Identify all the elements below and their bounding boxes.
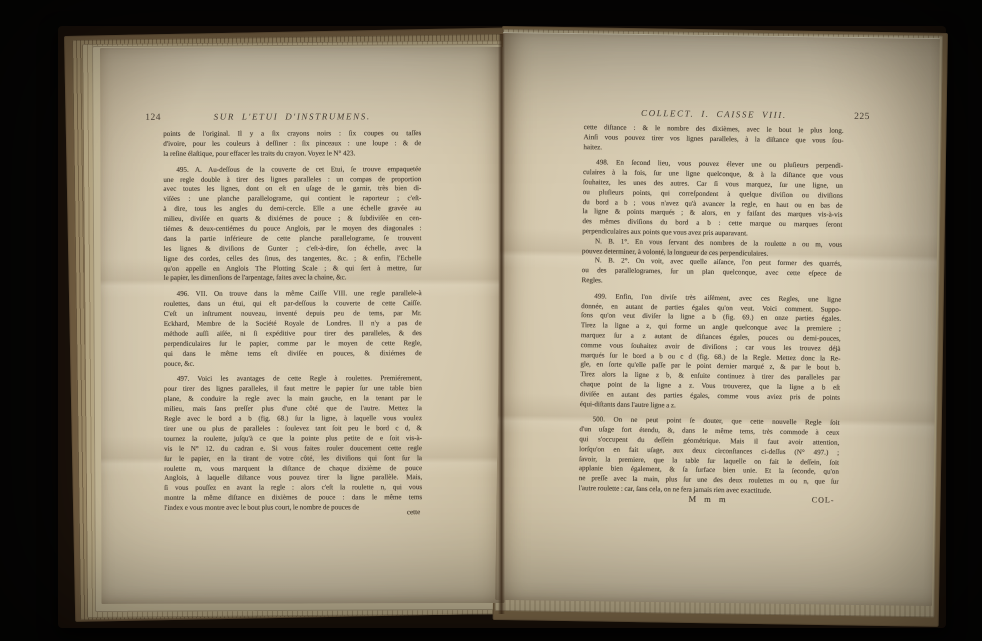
paragraph: 495. A. Au-deſſous de la couverte de cet… — [163, 165, 421, 284]
paragraph: points de l'original. Il y a ſix crayons… — [163, 129, 421, 159]
text-line: les lignes & diviſions de Gunter ; c'eſt… — [164, 244, 422, 255]
running-title-right: COLLECT. I. CAISSE VIII. — [641, 108, 787, 120]
text-line: points de l'original. Il y a ſix crayons… — [163, 129, 421, 140]
text-line: tiémes & deux-centiémes du pouce Anglois… — [163, 224, 421, 235]
text-line: Eckhard, Membre de la Société Royale de … — [164, 319, 422, 330]
paragraph: 496. VII. On trouve dans la même Caiſſe … — [164, 290, 422, 370]
paragraph: 497. Voici les avantages de cette Regle … — [164, 375, 422, 514]
text-line: une regle double à tirer des lignes para… — [163, 175, 421, 186]
text-line: la reſine élaſtique, pour effacer les tr… — [163, 149, 421, 160]
book-photo: 124 SUR L'ETUI D'INSTRUMENS. points de l… — [0, 0, 982, 641]
signature-mark: M m m — [688, 494, 728, 505]
book-gutter — [498, 34, 505, 614]
paragraph: cette diſtance : & le nombre des dixième… — [583, 123, 843, 156]
paragraph: 500. On ne peut point ſe douter, que cet… — [579, 415, 840, 497]
text-line: 495. A. Au-deſſous de la couverte de cet… — [163, 165, 421, 176]
paragraph: 499. Enfin, l'on diviſe très aiſément, a… — [580, 292, 842, 413]
text-line: ſur le papier, en la tirant de votre côt… — [164, 454, 422, 465]
text-line: à dire, tous les angles du demi-cercle. … — [163, 204, 421, 215]
catchword-left: cette — [164, 508, 420, 517]
text-line: tournez la roulette, juſqu'à ce que la p… — [164, 434, 422, 445]
text-line: vis le N° 12. du cadran e. Si vous faite… — [164, 444, 422, 455]
text-line: 496. VII. On trouve dans la même Caiſſe … — [164, 290, 422, 301]
text-line: le papier, les dimenſions de l'arpentage… — [164, 274, 422, 285]
text-line: C'eſt un inſtrument nouveau, inventé dep… — [164, 309, 422, 320]
text-block-right: cette diſtance : & le nombre des dixième… — [579, 123, 844, 497]
right-page: COLLECT. I. CAISSE VIII. 225 cette diſta… — [495, 32, 940, 606]
text-line: qui dans le même tems eſt diviſée en pou… — [164, 349, 422, 360]
text-line: roulette m, vous marquent la diſtance de… — [164, 464, 422, 475]
text-line: qu'on appelle en Anglois The Plotting Sc… — [164, 264, 422, 275]
paragraph: 498. En ſecond lieu, vous pouvez élever … — [582, 159, 843, 241]
text-line: Regle avec le bord a b (fig. 68.) ſur la… — [164, 414, 422, 425]
text-block-left: points de l'original. Il y a ſix crayons… — [163, 129, 422, 514]
text-line: perpendiculaires ſur le papier, comme pa… — [164, 339, 422, 350]
running-header-left: 124 SUR L'ETUI D'INSTRUMENS. — [163, 111, 421, 122]
text-line: dans la partie inférieure de cette planc… — [163, 234, 421, 245]
page-number-left: 124 — [145, 113, 161, 123]
text-line: ligne des cordes, celles des ſinus, des … — [164, 254, 422, 265]
text-line: tirer une ou plus de paralleles : ſoulev… — [164, 424, 422, 435]
paragraph: N. B. 2°. On voit, avec quelle aiſance, … — [581, 256, 841, 289]
text-line: milieu, mais ſans preſſer plus d'une côt… — [164, 404, 422, 415]
left-page: 124 SUR L'ETUI D'INSTRUMENS. points de l… — [100, 47, 504, 604]
text-line: méthode auſſi aiſée, ni ſi expéditive po… — [164, 329, 422, 340]
text-line: ſi vous pouſſez en avant la regle : alor… — [164, 483, 422, 494]
text-line: d'ivoire, pour les couleurs à deſſiner :… — [163, 139, 421, 150]
text-line: montre la même diſtance en dixièmes de p… — [164, 493, 422, 504]
text-line: roulettes, dans un étui, qui eſt par-deſ… — [164, 299, 422, 310]
text-line: avec toutes les lignes, dont on eſt en u… — [163, 185, 421, 196]
text-line: pouce, &c. — [164, 359, 422, 370]
catchword-right: COL- — [812, 495, 835, 504]
text-line: pour tirer des lignes paralleles, il fau… — [164, 385, 422, 396]
text-line: Anglois, à laquelle diſtance vous pouvez… — [164, 474, 422, 485]
running-title-left: SUR L'ETUI D'INSTRUMENS. — [214, 111, 371, 121]
text-line: milieu, diviſée en quarts & dixiémes de … — [163, 214, 421, 225]
page-number-right: 225 — [854, 112, 870, 122]
text-line: 497. Voici les avantages de cette Regle … — [164, 375, 422, 386]
text-line: plane, & conduire la regle avec la main … — [164, 394, 422, 405]
running-header-right: COLLECT. I. CAISSE VIII. 225 — [584, 107, 844, 121]
text-line: viſées : une planche parallelograme, qui… — [163, 195, 421, 206]
